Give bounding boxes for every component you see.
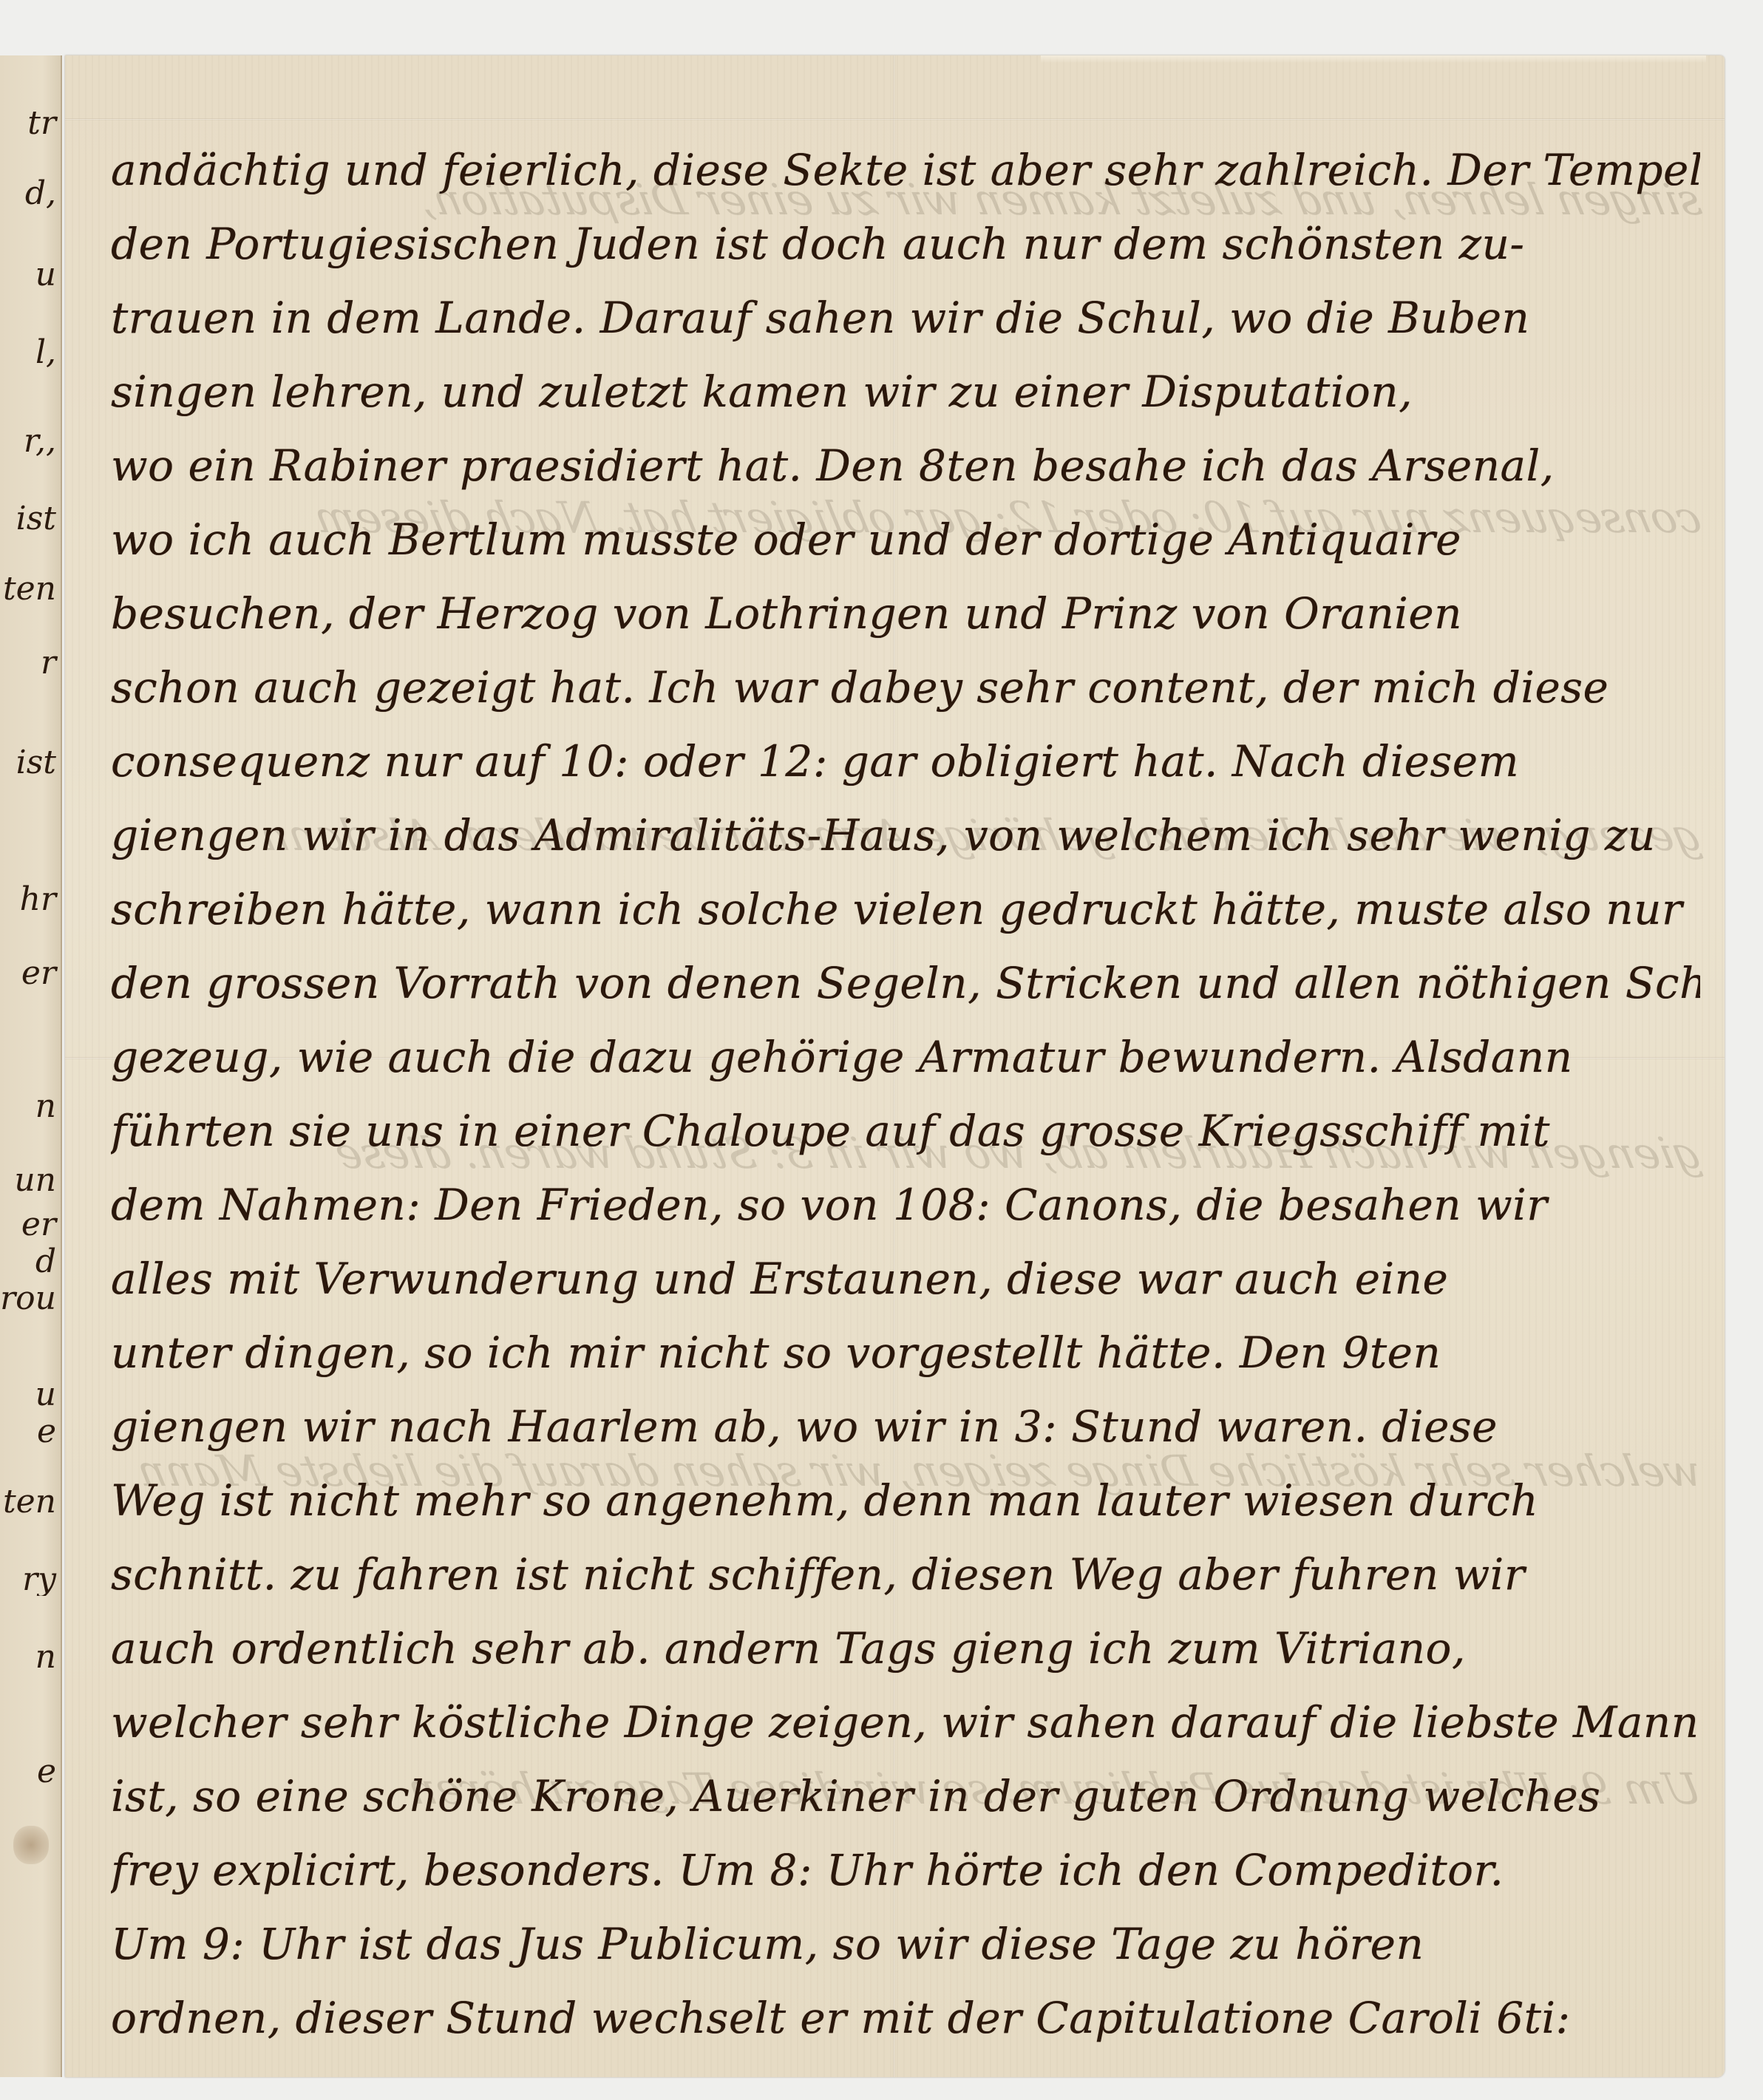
- margin-fragment: n: [0, 1641, 61, 1673]
- margin-fragment: e: [0, 1416, 61, 1448]
- margin-fragment: u: [0, 259, 61, 291]
- margin-fragment: d: [0, 1246, 61, 1278]
- text-line-14: führten sie uns in einer Chaloupe auf da…: [111, 1098, 1700, 1164]
- horizontal-fold-crease: [65, 118, 1725, 120]
- margin-fragment: r: [0, 647, 61, 679]
- text-line-21: auch ordentlich sehr ab. andern Tags gie…: [111, 1615, 1700, 1682]
- margin-fragment: ten: [0, 573, 61, 605]
- margin-fragment: n: [0, 1090, 61, 1123]
- text-line-12: den grossen Vorrath von denen Segeln, St…: [111, 950, 1700, 1016]
- text-line-15: dem Nahmen: Den Frieden, so von 108: Can…: [111, 1172, 1700, 1238]
- text-line-6: wo ich auch Bertlum musste oder und der …: [111, 506, 1700, 573]
- margin-fragment: ist: [0, 503, 61, 535]
- text-line-19: Weg ist nicht mehr so angenehm, denn man…: [111, 1467, 1700, 1534]
- text-line-7: besuchen, der Herzog von Lothringen und …: [111, 580, 1700, 647]
- manuscript-page: singen lehren, und zuletzt kamen wir zu …: [65, 55, 1725, 2077]
- text-line-22: welcher sehr köstliche Dinge zeigen, wir…: [111, 1689, 1700, 1756]
- text-line-4: singen lehren, und zuletzt kamen wir zu …: [111, 359, 1700, 425]
- text-line-8: schon auch gezeigt hat. Ich war dabey se…: [111, 654, 1700, 721]
- margin-fragment: rou: [0, 1282, 61, 1315]
- torn-top-edge: [1041, 55, 1706, 63]
- margin-fragment: d,: [0, 177, 61, 210]
- text-line-16: alles mit Verwunderung und Erstaunen, di…: [111, 1246, 1700, 1312]
- left-page-fragment: tr d, u l, r,, ist ten r ist hr er n un …: [0, 55, 62, 2077]
- margin-fragment: r,,: [0, 425, 61, 458]
- margin-fragment: l,: [0, 336, 61, 369]
- text-line-26: ordnen, dieser Stund wechselt er mit der…: [111, 1985, 1700, 2051]
- text-line-5: wo ein Rabiner praesidiert hat. Den 8ten…: [111, 432, 1700, 499]
- margin-fragment: tr: [0, 107, 61, 140]
- text-line-18: giengen wir nach Haarlem ab, wo wir in 3…: [111, 1393, 1700, 1460]
- margin-fragment: ten: [0, 1486, 61, 1518]
- margin-fragment: ry: [0, 1563, 61, 1596]
- text-line-1: andächtig und feierlich, diese Sekte ist…: [111, 137, 1700, 203]
- text-line-2: den Portugiesischen Juden ist doch auch …: [111, 211, 1700, 277]
- ink-stain: [13, 1826, 49, 1864]
- text-line-11: schreiben hätte, wann ich solche vielen …: [111, 876, 1700, 942]
- text-line-17: unter dingen, so ich mir nicht so vorges…: [111, 1319, 1700, 1386]
- text-line-25: Um 9: Uhr ist das Jus Publicum, so wir d…: [111, 1911, 1700, 1977]
- line-15-text: dem Nahmen: Den Frieden, so von 108: Can…: [111, 1180, 1548, 1230]
- text-line-23: ist, so eine schöne Krone, Auerkiner in …: [111, 1763, 1700, 1829]
- text-line-24: frey explicirt, besonders. Um 8: Uhr hör…: [111, 1837, 1700, 1903]
- margin-fragment: un: [0, 1164, 61, 1197]
- margin-fragment: er: [0, 957, 61, 990]
- margin-fragment: e: [0, 1756, 61, 1788]
- margin-fragment: er: [0, 1209, 61, 1241]
- margin-fragment: hr: [0, 883, 61, 916]
- text-line-3: trauen in dem Lande. Darauf sahen wir di…: [111, 285, 1700, 351]
- text-line-20: schnitt. zu fahren ist nicht schiffen, d…: [111, 1541, 1700, 1608]
- margin-fragment: u: [0, 1379, 61, 1411]
- text-line-9: consequenz nur auf 10: oder 12: gar obli…: [111, 728, 1700, 795]
- margin-fragment: ist: [0, 747, 61, 779]
- text-line-10: giengen wir in das Admiralitäts-Haus, vo…: [111, 802, 1700, 869]
- text-line-13: gezeug, wie auch die dazu gehörige Armat…: [111, 1024, 1700, 1090]
